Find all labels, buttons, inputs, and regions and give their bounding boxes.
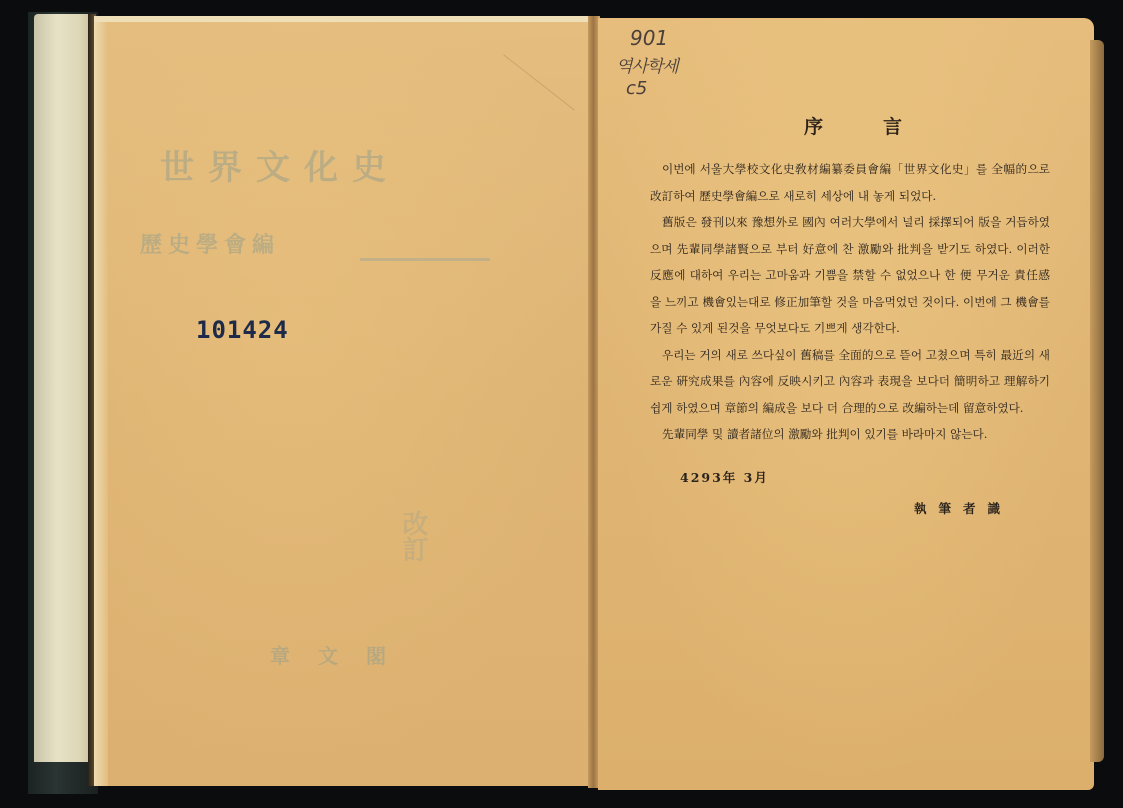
faded-vertical-text: 改訂 [395,510,432,562]
faded-rule [360,258,490,261]
handwritten-call-number: 901 [630,26,668,50]
preface-body: 이번에 서울大學校文化史敎材編纂委員會編「世界文化史」를 全幅的으로 改訂하여 … [650,156,1050,448]
preface-heading: 序言 [804,112,962,139]
left-page [94,16,594,786]
preface-paragraph: 이번에 서울大學校文化史敎材編纂委員會編「世界文化史」를 全幅的으로 改訂하여 … [650,156,1050,209]
preface-paragraph: 先輩同學 및 讀者諸位의 激勵와 批判이 있기를 바라마지 않는다. [650,421,1050,448]
faded-title-text: 世界文化史 [160,140,400,189]
page-stack-edge [1090,40,1104,762]
paper-crease [503,54,575,110]
handwritten-code: c5 [626,78,647,99]
preface-date: 4293年 3月 [680,468,769,486]
library-accession-stamp: 101424 [196,316,289,344]
faded-subtitle-text: 歷史學會編 [140,228,280,259]
preface-paragraph: 우리는 거의 새로 쓰다싶이 舊稿를 全面的으로 뜯어 고쳤으며 특히 最近의 … [650,342,1050,422]
handwritten-subject: 역사학세 [616,52,678,77]
preface-signature: 執筆者識 [914,499,1012,517]
faded-publisher-text: 章文閣 [270,640,414,669]
preface-paragraph: 舊版은 發刊以來 豫想外로 國內 여러大學에서 널리 採擇되어 版을 거듭하였으… [650,209,1050,342]
flyleaf-page [34,14,92,762]
